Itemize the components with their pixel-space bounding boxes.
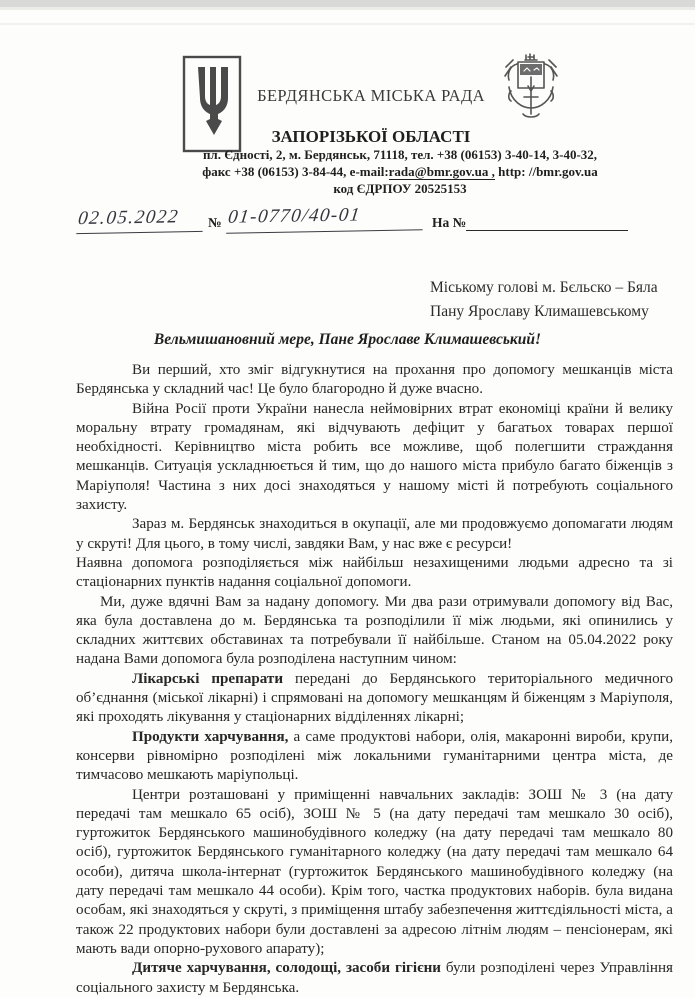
paragraph-text: Наявна допомога розподіляється між найбі… [76,555,673,590]
paragraph-war-impact: Війна Росії проти України нанесла неймов… [76,400,673,516]
email-address: rada@bmr.gov.ua , [389,164,495,180]
addressee-block: Міському голові м. Бєльско – Бяла Пану Я… [430,276,680,323]
letter-body: Ви перший, хто зміг відгукнутися на прох… [76,361,673,998]
org-region: ЗАПОРІЗЬКОЇ ОБЛАСТІ [246,127,496,147]
contact-address-phone: пл. Єдності, 2, м. Бердянськ, 71118, тел… [120,146,680,163]
handwritten-date: 02.05.2022 [76,206,205,234]
paragraph-distribution: Наявна допомога розподіляється між найбі… [76,554,673,593]
paragraph-occupation: Зараз м. Бердянськ знаходиться в окупаці… [76,515,673,554]
number-sign-label: № [208,215,222,231]
reply-number-blank-line [466,215,628,231]
contact-website: http: //bmr.gov.ua [495,164,598,179]
salutation: Вельмишановний мере, Пане Ярославе Клима… [60,331,635,349]
paragraph-centers: Центри розташовані у приміщенні навчальн… [76,786,673,960]
paragraph-text: Війна Росії проти України нанесла неймов… [76,401,673,513]
contact-fax-email-web: факс +38 (06153) 3-84-44, e-mail:rada@bm… [120,163,680,180]
handwritten-outgoing-number: 01-0770/40-01 [226,203,426,233]
scan-edge-artifact-light [0,7,695,10]
paragraph-food: Продукти харчування, а саме продуктові н… [76,728,673,786]
paragraph-lead: Продукти харчування, [132,729,288,745]
org-name: БЕРДЯНСЬКА МІСЬКА РАДА [246,86,496,106]
reply-to-number-label: На № [432,215,466,231]
scan-edge-artifact [0,0,695,7]
paragraph-text: Центри розташовані у приміщенні навчальн… [76,787,673,957]
contact-fax-prefix: факс +38 (06153) 3-84-44, e-mail: [202,164,388,179]
paragraph-medicines: Лікарські препарати передані до Бердянсь… [76,670,673,728]
paragraph-text: Ми, дуже вдячні Вам за надану допомогу. … [76,594,673,668]
city-coat-of-arms-icon [497,51,563,127]
paragraph-text: Ви перший, хто зміг відгукнутися на прох… [76,362,673,397]
addressee-title: Міському голові м. Бєльско – Бяла [430,276,680,300]
paragraph-lead: Лікарські препарати [132,671,283,687]
paragraph-lead: Дитяче харчування, солодощі, засоби гігі… [132,960,441,976]
paragraph-text: Зараз м. Бердянськ знаходиться в окупаці… [76,516,673,551]
paragraph-children-food: Дитяче харчування, солодощі, засоби гігі… [76,959,673,998]
letter-page: БЕРДЯНСЬКА МІСЬКА РАДА ЗАПОРІЗЬКОЇ ОБЛАС… [0,0,695,998]
contact-edrpou-code: код ЄДРПОУ 20525153 [120,180,680,197]
ukraine-trident-icon [181,54,243,154]
scan-faint-line [0,23,695,25]
letterhead-contacts: пл. Єдності, 2, м. Бердянськ, 71118, тел… [120,146,680,197]
registration-row: 02.05.2022 № 01-0770/40-01 На № [78,205,638,239]
paragraph-gratitude: Ми, дуже вдячні Вам за надану допомогу. … [76,593,673,670]
paragraph-thanks-first: Ви перший, хто зміг відгукнутися на прох… [76,361,673,400]
addressee-name: Пану Ярославу Климашевському [430,300,680,324]
letterhead-org-block: БЕРДЯНСЬКА МІСЬКА РАДА ЗАПОРІЗЬКОЇ ОБЛАС… [246,86,496,147]
